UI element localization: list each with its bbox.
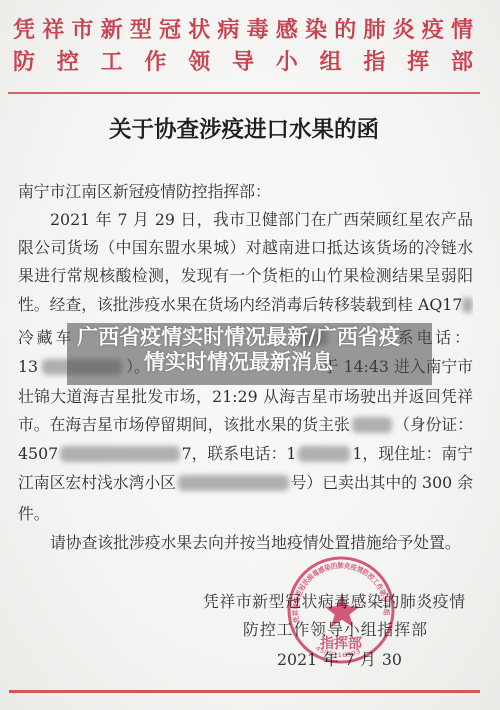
letterhead-divider [8, 92, 480, 94]
body-text: 限公司货场（中国东盟水果城）对越南进口抵达该货场的冷链水 [18, 238, 473, 257]
closing-request: 请协查该批涉疫水果去向并按当地疫情处置措施给予处置。 [50, 529, 473, 557]
redaction-blur [352, 417, 392, 433]
body-text: 果进行常规核酸检测，发现有一个货柜的山竹果检测结果呈弱阳 [18, 266, 473, 285]
headline-line-2: 情实时情况最新消息 [76, 350, 401, 375]
body-line: 性。经查，该批涉疫水果在货场内经消毒后转移装载到桂 AQ17 [18, 291, 473, 319]
body-line: 江南区宏村浅水湾小区 号）已卖出其中的 300 余 [18, 469, 473, 497]
body-line: 果进行常规核酸检测，发现有一个货柜的山竹果检测结果呈弱阳 [18, 262, 473, 290]
salutation: 南宁市江南区新冠疫情防控指挥部： [18, 178, 473, 206]
body-text: 冷藏车 [18, 324, 74, 352]
document-title: 关于协查涉疫进口水果的函 [0, 115, 488, 145]
redaction-blur [60, 446, 179, 462]
letterhead-line-2: 防控工作领导小组指挥部 [13, 48, 473, 76]
letterhead-line-1: 凭祥市新型冠状病毒感染的肺炎疫情 [13, 16, 473, 44]
body-line: 4507 7，联系电话：1 1，现住址：南宁 [18, 440, 473, 468]
body-text: 号）已卖出其中的 300 余 [291, 469, 473, 497]
headline-text: 广西省疫情实时情况最新/广西省疫 情实时情况最新消息 [76, 325, 401, 375]
body-text: （身份证： [394, 411, 473, 439]
redaction-blur [462, 297, 473, 313]
body-text: 件。 [18, 504, 50, 523]
footer-divider [9, 690, 480, 693]
body-text: 壮锦大道海吉星批发市场，21:29 从海吉星市场驶出并返回凭祥 [18, 387, 473, 406]
body-text: 市。在海吉星市场停留期间，该批水果的货主张 [18, 411, 350, 439]
body-line: 壮锦大道海吉星批发市场，21:29 从海吉星市场驶出并返回凭祥 [18, 383, 473, 411]
headline-line-1: 广西省疫情实时情况最新/广西省疫 [76, 325, 401, 350]
body-text: 7，联系电话：1 [182, 440, 297, 468]
redaction-blur [298, 446, 350, 462]
body-text: 江南区宏村浅水湾小区 [18, 469, 176, 497]
body-text: 13 [18, 353, 38, 381]
headline-overlay: 广西省疫情实时情况最新/广西省疫 情实时情况最新消息 [67, 323, 432, 385]
body-line: 件。 [18, 500, 473, 528]
redaction-blur [178, 475, 289, 491]
body-text: 4507 [18, 440, 58, 468]
body-line: 市。在海吉星市场停留期间，该批水果的货主张 （身份证： [18, 411, 473, 439]
body-text: 性。经查，该批涉疫水果在货场内经消毒后转移装载到桂 AQ17 [18, 291, 462, 319]
official-seal: 凭祥市新型冠状病毒感染的肺炎疫情防控工作领导小组 指挥部 4508116303 [287, 556, 395, 664]
body-line: 2021 年 7 月 29 日，我市卫健部门在广西荣顾红星农产品有 [50, 206, 473, 234]
body-line: 限公司货场（中国东盟水果城）对越南进口抵达该货场的冷链水 [18, 234, 473, 262]
star-icon [324, 594, 359, 627]
body-text: 1，现住址：南宁 [352, 440, 473, 468]
body-text: 2021 年 7 月 29 日，我市卫健部门在广西荣顾红星农产品有 [50, 210, 473, 234]
